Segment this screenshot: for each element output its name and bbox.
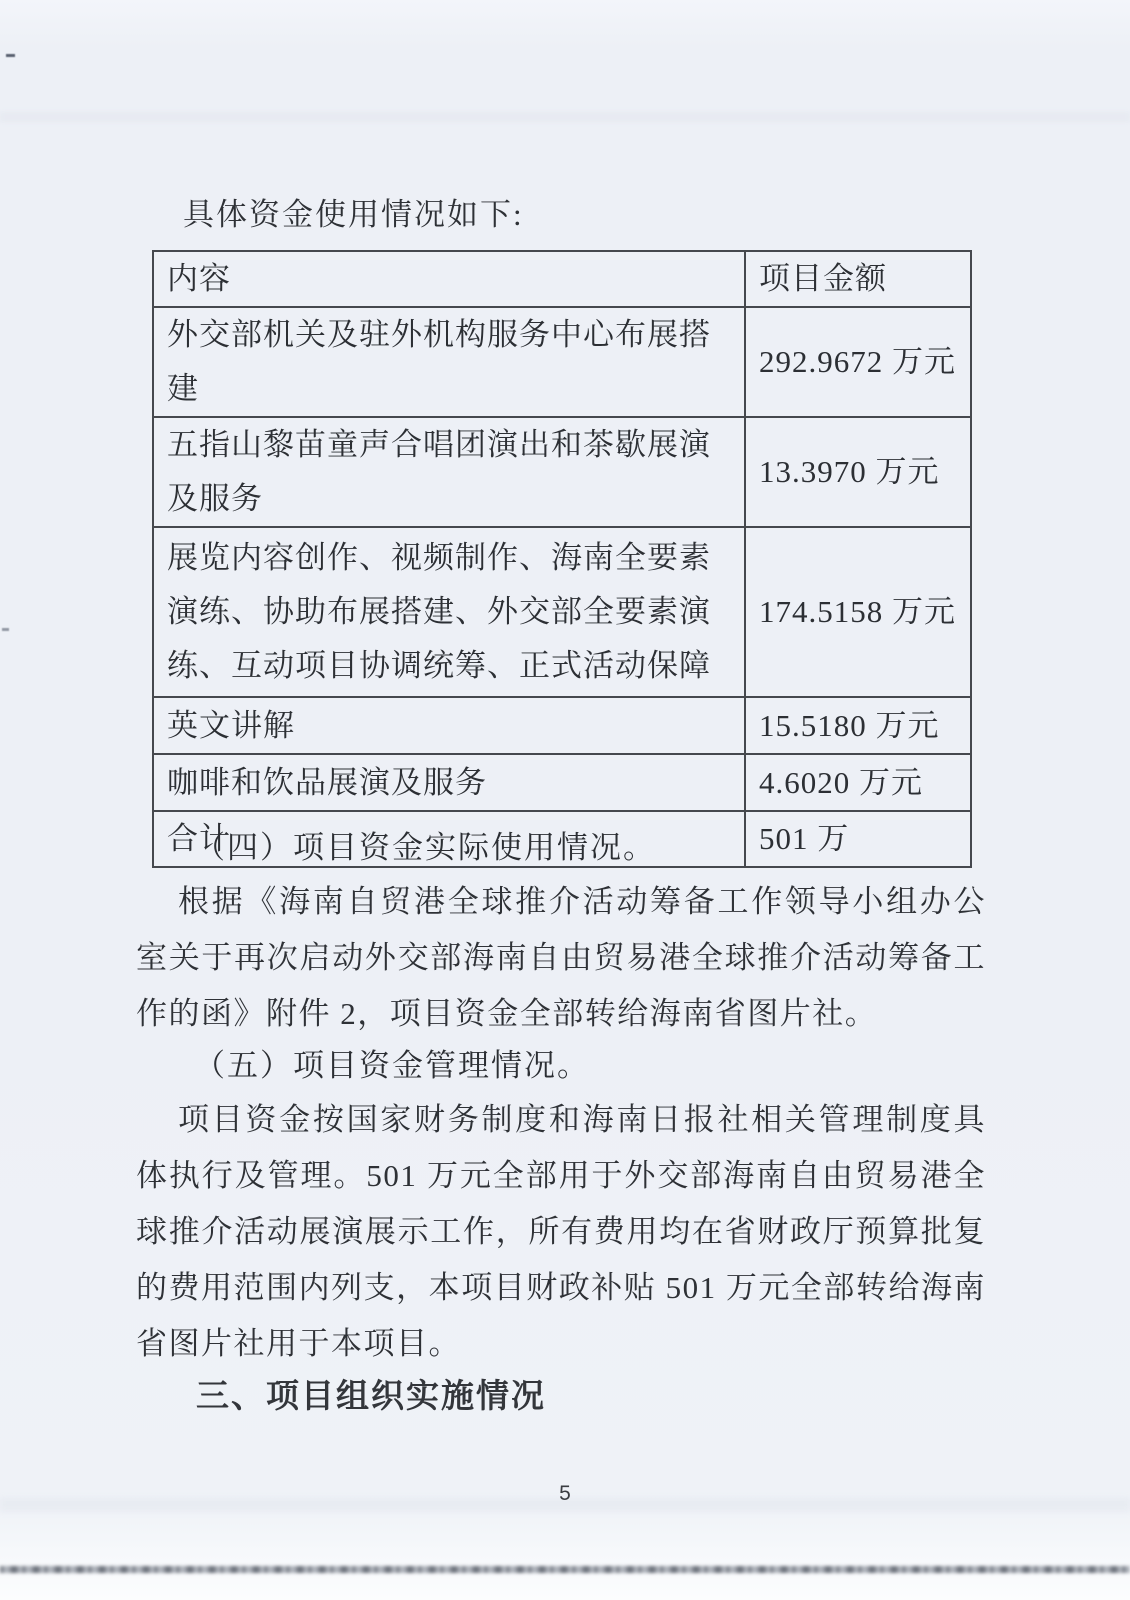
row-amount: 292.9672 万元: [745, 307, 971, 417]
table-header-row: 内容 项目金额: [153, 251, 971, 307]
scan-speck: [6, 54, 15, 57]
table-row: 英文讲解 15.5180 万元: [153, 697, 971, 754]
table-row: 外交部机关及驻外机构服务中心布展搭建 292.9672 万元: [153, 307, 971, 417]
row-content: 外交部机关及驻外机构服务中心布展搭建: [153, 307, 745, 417]
row-amount: 15.5180 万元: [745, 697, 971, 754]
section-5-heading: （五）项目资金管理情况。: [136, 1038, 988, 1094]
table-row: 五指山黎苗童声合唱团演出和茶歇展演及服务 13.3970 万元: [153, 417, 971, 527]
table-row: 展览内容创作、视频制作、海南全要素演练、协助布展搭建、外交部全要素演练、互动项目…: [153, 527, 971, 697]
chapter-3-heading: 三、项目组织实施情况: [136, 1368, 988, 1424]
row-amount: 4.6020 万元: [745, 754, 971, 811]
scan-edge-streak: [0, 1566, 1130, 1573]
intro-line: 具体资金使用情况如下:: [183, 194, 943, 236]
scan-speck: [2, 628, 9, 631]
section-4-heading: （四）项目资金实际使用情况。: [136, 820, 988, 876]
row-content: 五指山黎苗童声合唱团演出和茶歇展演及服务: [153, 417, 745, 527]
row-content: 展览内容创作、视频制作、海南全要素演练、协助布展搭建、外交部全要素演练、互动项目…: [153, 527, 745, 697]
header-content: 内容: [153, 251, 745, 307]
row-content: 英文讲解: [153, 697, 745, 754]
header-amount: 项目金额: [745, 251, 971, 307]
section-5-paragraph: 项目资金按国家财务制度和海南日报社相关管理制度具体执行及管理。501 万元全部用…: [136, 1092, 986, 1372]
page-number: 5: [0, 1482, 1130, 1506]
row-content: 咖啡和饮品展演及服务: [153, 754, 745, 811]
section-4-paragraph: 根据《海南自贸港全球推介活动筹备工作领导小组办公室关于再次启动外交部海南自由贸易…: [136, 874, 986, 1042]
table-row: 咖啡和饮品展演及服务 4.6020 万元: [153, 754, 971, 811]
row-amount: 174.5158 万元: [745, 527, 971, 697]
row-amount: 13.3970 万元: [745, 417, 971, 527]
fund-usage-table: 内容 项目金额 外交部机关及驻外机构服务中心布展搭建 292.9672 万元 五…: [152, 250, 972, 868]
